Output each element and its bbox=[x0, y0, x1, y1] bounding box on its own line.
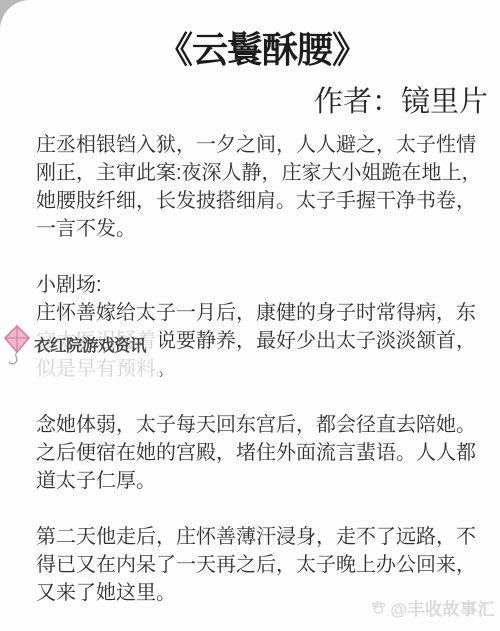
author-line: 作者：镜里片 bbox=[314, 79, 488, 120]
daily-paragraph: 念她体弱，太子每天回东宫后，都会径直去陪她。 之后便宿在她的宫殿，堵住外面流言蜚… bbox=[36, 411, 488, 495]
text-line: 得已又在内呆了一天再之后，太子晚上办公回来， bbox=[36, 551, 488, 579]
bottom-watermark: @丰收故事汇 bbox=[370, 595, 495, 620]
text-line: 刚正，主审此案:夜深人静，庄家大小姐跪在地上， bbox=[36, 159, 488, 187]
text-line: 道太子仁厚。 bbox=[36, 467, 488, 495]
text-line: 念她体弱，太子每天回东宫后，都会径直去陪她。 bbox=[36, 411, 488, 439]
kite-icon bbox=[3, 324, 31, 366]
text-line: 庄丞相银铛入狱，一夕之间，人人避之，太子性情 bbox=[36, 131, 488, 159]
book-title: 《云鬟酥腰》 bbox=[12, 22, 500, 73]
novel-promo-page: 《云鬟酥腰》 作者：镜里片 庄丞相银铛入狱，一夕之间，人人避之，太子性情 刚正，… bbox=[0, 0, 500, 631]
text-line: 第二天他走后，庄怀善薄汗浸身，走不了远路，不 bbox=[36, 523, 488, 551]
text-line: 她腰肢纤细，长发披搭细肩。太子手握干净书卷， bbox=[36, 187, 488, 215]
bottom-watermark-text: @丰收故事汇 bbox=[390, 595, 495, 620]
paw-icon bbox=[370, 599, 387, 616]
scene-label: 小剧场: bbox=[36, 271, 488, 299]
text-line: 一言不发。 bbox=[36, 215, 488, 243]
center-watermark-text: 衣红院游戏资讯 bbox=[34, 332, 146, 360]
story-text: 庄丞相银铛入狱，一夕之间，人人避之，太子性情 刚正，主审此案:夜深人静，庄家大小… bbox=[36, 131, 488, 631]
text-line: 庄怀善嫁给太子一月后，康健的身子时常得病，东 bbox=[36, 299, 488, 327]
text-line: 之后便宿在她的宫殿，堵住外面流言蜚语。人人都 bbox=[36, 439, 488, 467]
intro-paragraph: 庄丞相银铛入狱，一夕之间，人人避之，太子性情 刚正，主审此案:夜深人静，庄家大小… bbox=[36, 131, 488, 243]
scene-paragraph: 小剧场: 庄怀善嫁给太子一月后，康健的身子时常得病，东 宫太医迟疑着说要静养，最… bbox=[36, 271, 488, 383]
